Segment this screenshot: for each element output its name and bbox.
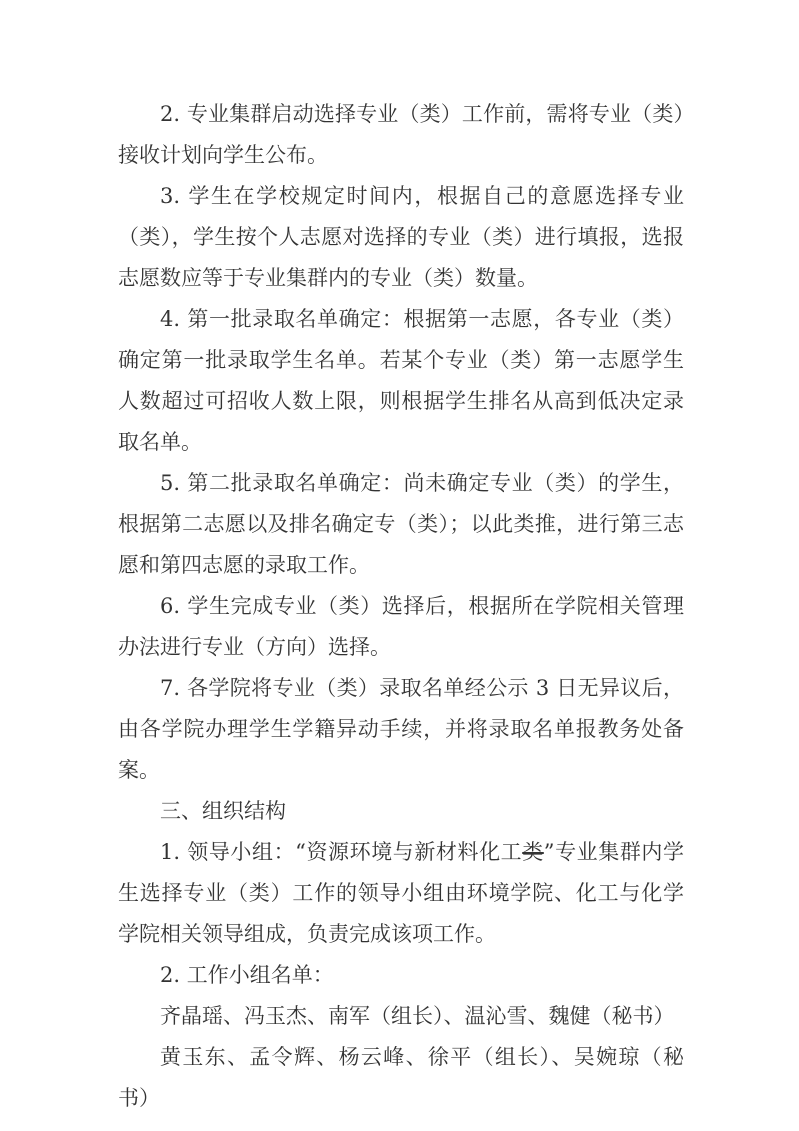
name-line-group-2: 黄玉东、孟令辉、杨云峰、徐平（组长）、吴婉琼（秘书）: [118, 1037, 684, 1119]
paragraph-item-4: 4. 第一批录取名单确定：根据第一志愿，各专业（类）确定第一批录取学生名单。若某…: [118, 299, 684, 463]
document-content: 2. 专业集群启动选择专业（类）工作前，需将专业（类）接收计划向学生公布。 3.…: [118, 94, 684, 1119]
name-line-group-1: 齐晶瑶、冯玉杰、南军（组长）、温沁雪、魏健（秘书）: [118, 996, 684, 1037]
paragraph-item-3: 3. 学生在学校规定时间内，根据自己的意愿选择专业（类），学生按个人志愿对选择的…: [118, 176, 684, 299]
paragraph-item-5: 5. 第二批录取名单确定：尚未确定专业（类）的学生，根据第二志愿以及排名确定专（…: [118, 463, 684, 586]
paragraph-work-group-label: 2. 工作小组名单：: [118, 955, 684, 996]
leader-group-struck-text: 类: [522, 840, 544, 864]
section-heading-organization: 三、组织结构: [118, 791, 684, 832]
paragraph-item-2: 2. 专业集群启动选择专业（类）工作前，需将专业（类）接收计划向学生公布。: [118, 94, 684, 176]
paragraph-leader-group: 1. 领导小组：“资源环境与新材料化工类”专业集群内学生选择专业（类）工作的领导…: [118, 832, 684, 955]
document-page: 2. 专业集群启动选择专业（类）工作前，需将专业（类）接收计划向学生公布。 3.…: [0, 0, 799, 1131]
paragraph-item-6: 6. 学生完成专业（类）选择后，根据所在学院相关管理办法进行专业（方向）选择。: [118, 586, 684, 668]
leader-group-text-before: 1. 领导小组：“资源环境与新材料化工: [160, 840, 522, 864]
paragraph-item-7: 7. 各学院将专业（类）录取名单经公示 3 日无异议后，由各学院办理学生学籍异动…: [118, 668, 684, 791]
